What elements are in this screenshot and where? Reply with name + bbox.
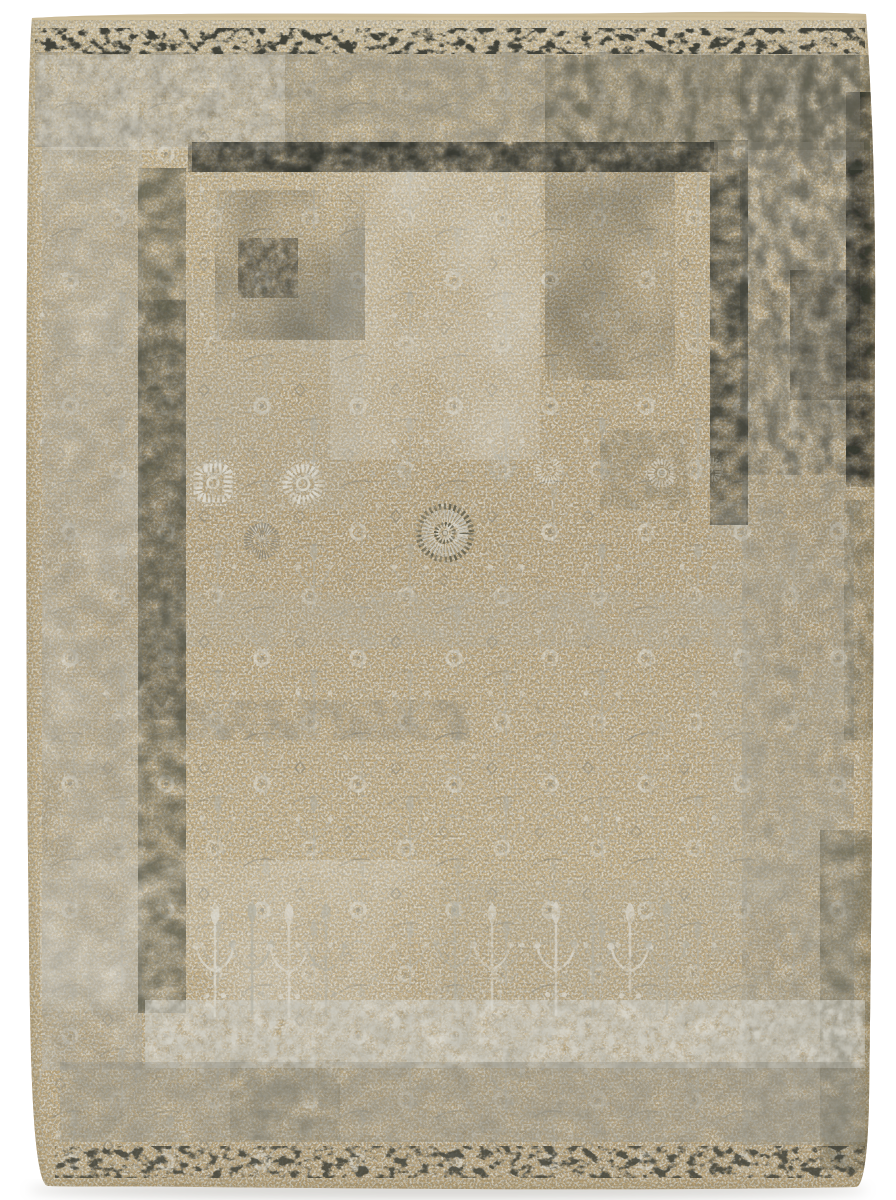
top-floral-border-silver-left [35,55,285,150]
blotch-mid [600,430,690,510]
bottom-guard-row [55,1146,865,1178]
inner-frame-left-dark [138,300,186,720]
inner-frame-top-deep [188,142,718,172]
mid-silver-band [150,592,745,647]
blotch-right [790,270,860,400]
inner-frame-top-extension [714,142,864,170]
mid-grey-band [150,700,470,740]
inner-frame-right-faded [712,500,746,1055]
bottom-floral-border-silver [60,1062,865,1142]
rug-body [0,0,896,1200]
blotch-small [238,238,298,298]
rug-product-photo [0,0,896,1200]
left-border-grey [42,110,142,1070]
blotch-upper-centre [545,170,675,380]
top-floral-border-dark-right [545,55,870,150]
photo-stage [0,0,896,1200]
top-guard-row [35,28,865,54]
